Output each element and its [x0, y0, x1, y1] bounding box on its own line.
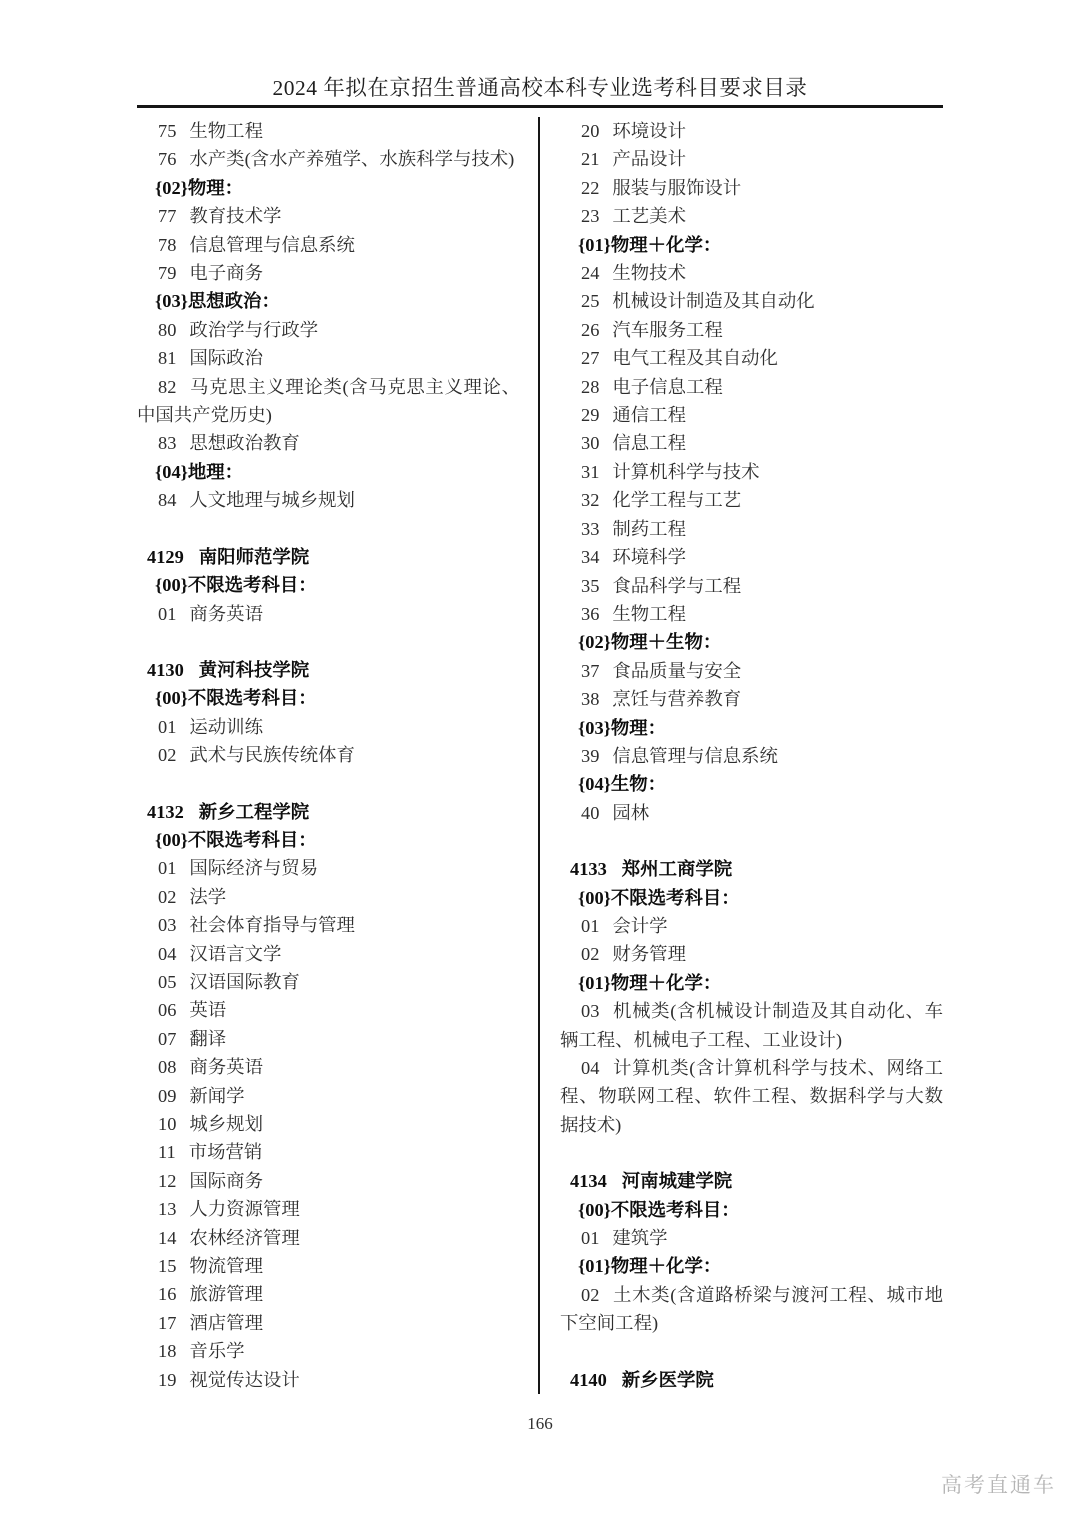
entry-number: 33 [581, 519, 599, 539]
watermark: 高考直通车 [941, 1469, 1056, 1499]
major-row: 77教育技术学 [137, 202, 520, 230]
major-row: 01商务英语 [137, 600, 520, 628]
entry-label: 服装与服饰设计 [612, 178, 741, 198]
university-row: 4134河南城建学院 [560, 1167, 943, 1195]
entry-label: 信息工程 [612, 433, 686, 453]
entry-label: 旅游管理 [189, 1284, 263, 1304]
major-row: 32化学工程与工艺 [560, 486, 943, 514]
entry-label: {03}思想政治： [155, 291, 280, 311]
entry-number: 31 [581, 462, 599, 482]
entry-number: 75 [158, 121, 176, 141]
major-row: 24生物技术 [560, 259, 943, 287]
entry-number: 26 [581, 320, 599, 340]
entry-label: 市场营销 [189, 1142, 263, 1162]
entry-label: 土木类(含道路桥梁与渡河工程、城市地下空间工程) [560, 1285, 943, 1333]
entry-number: 15 [158, 1256, 176, 1276]
major-row: 01国际经济与贸易 [137, 854, 520, 882]
entry-number: 02 [581, 944, 599, 964]
entry-label: 计算机类(含计算机科学与技术、网络工程、物联网工程、软件工程、数据科学与大数据技… [560, 1058, 943, 1135]
entry-number: 29 [581, 405, 599, 425]
university-row: 4132新乡工程学院 [137, 798, 520, 826]
entry-number: 84 [158, 490, 176, 510]
header-rule [137, 105, 943, 108]
entry-label: {01}物理＋化学： [578, 235, 721, 255]
major-row: 40园林 [560, 799, 943, 827]
entry-label: 物流管理 [189, 1256, 263, 1276]
university-row: 4130黄河科技学院 [137, 656, 520, 684]
entry-label: {04}生物： [578, 774, 666, 794]
entry-number: 77 [158, 206, 176, 226]
entry-number: 83 [158, 433, 176, 453]
entry-label: 武术与民族传统体育 [189, 745, 355, 765]
entry-label: {02}物理： [155, 178, 243, 198]
entry-number: 24 [581, 263, 599, 283]
major-row: 10城乡规划 [137, 1110, 520, 1138]
entry-label: {00}不限选考科目： [155, 688, 317, 708]
entry-number: 23 [581, 206, 599, 226]
entry-label: 河南城建学院 [622, 1171, 732, 1191]
entry-number: 35 [581, 576, 599, 596]
major-row: 76水产类(含水产养殖学、水族科学与技术) [137, 145, 520, 173]
entry-number: 22 [581, 178, 599, 198]
major-row: 81国际政治 [137, 344, 520, 372]
entry-label: {00}不限选考科目： [155, 575, 317, 595]
major-row: 11市场营销 [137, 1138, 520, 1166]
requirement-group-row: {00}不限选考科目： [137, 826, 520, 854]
entry-label: 建筑学 [612, 1228, 667, 1248]
document-page: 2024 年拟在京招生普通高校本科专业选考科目要求目录 75生物工程76水产类(… [0, 0, 1080, 1527]
entry-number: 4130 [147, 660, 184, 680]
entry-label: 会计学 [612, 916, 667, 936]
entry-number: 01 [158, 858, 176, 878]
entry-label: 新乡医学院 [622, 1370, 714, 1390]
university-row: 4140新乡医学院 [560, 1366, 943, 1394]
entry-number: 4133 [570, 859, 607, 879]
entry-number: 05 [158, 972, 176, 992]
major-row: 01会计学 [560, 912, 943, 940]
requirement-group-row: {03}思想政治： [137, 287, 520, 315]
major-row: 75生物工程 [137, 117, 520, 145]
requirement-group-row: {03}物理： [560, 714, 943, 742]
entry-number: 79 [158, 263, 176, 283]
entry-label: 食品科学与工程 [612, 576, 741, 596]
major-row: 22服装与服饰设计 [560, 174, 943, 202]
entry-number: 78 [158, 235, 176, 255]
major-row: 23工艺美术 [560, 202, 943, 230]
entry-number: 82 [158, 377, 176, 397]
entry-label: 农林经济管理 [189, 1228, 299, 1248]
entry-label: 信息管理与信息系统 [189, 235, 355, 255]
requirement-group-row: {01}物理＋化学： [560, 969, 943, 997]
major-row: 30信息工程 [560, 429, 943, 457]
entry-label: {00}不限选考科目： [155, 830, 317, 850]
entry-number: 08 [158, 1057, 176, 1077]
entry-label: 环境设计 [612, 121, 686, 141]
entry-label: 马克思主义理论类(含马克思主义理论、中国共产党历史) [137, 377, 520, 425]
major-row: 04计算机类(含计算机科学与技术、网络工程、物联网工程、软件工程、数据科学与大数… [560, 1054, 943, 1139]
entry-label: 黄河科技学院 [199, 660, 309, 680]
major-row: 27电气工程及其自动化 [560, 344, 943, 372]
major-row: 21产品设计 [560, 145, 943, 173]
entry-number: 01 [581, 1228, 599, 1248]
major-row: 34环境科学 [560, 543, 943, 571]
entry-number: 32 [581, 490, 599, 510]
entry-number: 37 [581, 661, 599, 681]
entry-number: 18 [158, 1341, 176, 1361]
major-row: 82马克思主义理论类(含马克思主义理论、中国共产党历史) [137, 373, 520, 430]
entry-label: 产品设计 [612, 149, 686, 169]
entry-label: 郑州工商学院 [622, 859, 732, 879]
major-row: 33制药工程 [560, 515, 943, 543]
major-row: 01运动训练 [137, 713, 520, 741]
entry-label: 生物技术 [612, 263, 686, 283]
entry-label: 生物工程 [612, 604, 686, 624]
entry-number: 01 [158, 604, 176, 624]
entry-label: 汉语国际教育 [189, 972, 299, 992]
entry-number: 76 [158, 149, 176, 169]
entry-number: 81 [158, 348, 176, 368]
entry-number: 39 [581, 746, 599, 766]
major-row: 02法学 [137, 883, 520, 911]
entry-label: 运动训练 [189, 717, 263, 737]
requirement-group-row: {02}物理： [137, 174, 520, 202]
content-columns: 75生物工程76水产类(含水产养殖学、水族科学与技术){02}物理：77教育技术… [137, 117, 943, 1394]
entry-number: 4140 [570, 1370, 607, 1390]
entry-label: 电子商务 [189, 263, 263, 283]
major-row: 80政治学与行政学 [137, 316, 520, 344]
entry-number: 17 [158, 1313, 176, 1333]
entry-label: 水产类(含水产养殖学、水族科学与技术) [189, 149, 514, 169]
entry-number: 06 [158, 1000, 176, 1020]
requirement-group-row: {00}不限选考科目： [137, 684, 520, 712]
entry-label: 化学工程与工艺 [612, 490, 741, 510]
major-row: 17酒店管理 [137, 1309, 520, 1337]
entry-label: 烹饪与营养教育 [612, 689, 741, 709]
entry-label: 音乐学 [189, 1341, 244, 1361]
major-row: 02土木类(含道路桥梁与渡河工程、城市地下空间工程) [560, 1281, 943, 1338]
entry-number: 4134 [570, 1171, 607, 1191]
major-row: 12国际商务 [137, 1167, 520, 1195]
entry-label: 工艺美术 [612, 206, 686, 226]
entry-label: 商务英语 [189, 604, 263, 624]
major-row: 02武术与民族传统体育 [137, 741, 520, 769]
entry-number: 02 [158, 745, 176, 765]
major-row: 36生物工程 [560, 600, 943, 628]
entry-label: {01}物理＋化学： [578, 973, 721, 993]
major-row: 02财务管理 [560, 940, 943, 968]
major-row: 03社会体育指导与管理 [137, 911, 520, 939]
entry-label: 商务英语 [189, 1057, 263, 1077]
entry-number: 40 [581, 803, 599, 823]
left-column: 75生物工程76水产类(含水产养殖学、水族科学与技术){02}物理：77教育技术… [137, 117, 520, 1394]
entry-label: 南阳师范学院 [199, 547, 309, 567]
requirement-group-row: {01}物理＋化学： [560, 231, 943, 259]
entry-number: 07 [158, 1029, 176, 1049]
page-number: 166 [0, 1414, 1080, 1434]
major-row: 04汉语言文学 [137, 940, 520, 968]
entry-label: 园林 [612, 803, 649, 823]
entry-label: 环境科学 [612, 547, 686, 567]
major-row: 28电子信息工程 [560, 373, 943, 401]
major-row: 01建筑学 [560, 1224, 943, 1252]
requirement-group-row: {02}物理＋生物： [560, 628, 943, 656]
university-row: 4133郑州工商学院 [560, 855, 943, 883]
major-row: 84人文地理与城乡规划 [137, 486, 520, 514]
entry-label: {03}物理： [578, 718, 666, 738]
entry-label: {01}物理＋化学： [578, 1256, 721, 1276]
entry-label: 人文地理与城乡规划 [189, 490, 355, 510]
entry-label: 新闻学 [189, 1086, 244, 1106]
major-row: 03机械类(含机械设计制造及其自动化、车辆工程、机械电子工程、工业设计) [560, 997, 943, 1054]
entry-label: 信息管理与信息系统 [612, 746, 778, 766]
entry-label: {00}不限选考科目： [578, 1200, 740, 1220]
major-row: 15物流管理 [137, 1252, 520, 1280]
major-row: 14农林经济管理 [137, 1224, 520, 1252]
entry-label: 电子信息工程 [612, 377, 722, 397]
entry-number: 16 [158, 1284, 176, 1304]
entry-label: 财务管理 [612, 944, 686, 964]
entry-number: 02 [158, 887, 176, 907]
entry-label: 翻译 [189, 1029, 226, 1049]
entry-label: 国际商务 [189, 1171, 263, 1191]
major-row: 29通信工程 [560, 401, 943, 429]
entry-label: 法学 [189, 887, 226, 907]
entry-number: 21 [581, 149, 599, 169]
entry-number: 13 [158, 1199, 176, 1219]
entry-number: 11 [158, 1142, 176, 1162]
entry-label: {04}地理： [155, 462, 243, 482]
entry-label: 城乡规划 [189, 1114, 263, 1134]
entry-label: 生物工程 [189, 121, 263, 141]
right-column: 20环境设计21产品设计22服装与服饰设计23工艺美术{01}物理＋化学：24生… [560, 117, 943, 1394]
major-row: 79电子商务 [137, 259, 520, 287]
requirement-group-row: {00}不限选考科目： [560, 1196, 943, 1224]
major-row: 09新闻学 [137, 1082, 520, 1110]
major-row: 39信息管理与信息系统 [560, 742, 943, 770]
major-row: 05汉语国际教育 [137, 968, 520, 996]
entry-label: 英语 [189, 1000, 226, 1020]
entry-label: 计算机科学与技术 [612, 462, 759, 482]
major-row: 20环境设计 [560, 117, 943, 145]
entry-number: 4129 [147, 547, 184, 567]
entry-number: 20 [581, 121, 599, 141]
column-gap-right [540, 117, 560, 1394]
entry-label: 国际政治 [189, 348, 263, 368]
entry-label: 食品质量与安全 [612, 661, 741, 681]
entry-label: 人力资源管理 [189, 1199, 299, 1219]
entry-number: 27 [581, 348, 599, 368]
requirement-group-row: {04}生物： [560, 770, 943, 798]
entry-label: 汉语言文学 [189, 944, 281, 964]
major-row: 38烹饪与营养教育 [560, 685, 943, 713]
entry-number: 36 [581, 604, 599, 624]
page-title: 2024 年拟在京招生普通高校本科专业选考科目要求目录 [0, 71, 1080, 102]
entry-label: 机械类(含机械设计制造及其自动化、车辆工程、机械电子工程、工业设计) [560, 1001, 943, 1049]
entry-number: 03 [158, 915, 176, 935]
entry-label: 电气工程及其自动化 [612, 348, 778, 368]
entry-number: 04 [581, 1058, 599, 1078]
major-row: 83思想政治教育 [137, 429, 520, 457]
entry-number: 28 [581, 377, 599, 397]
entry-number: 34 [581, 547, 599, 567]
entry-number: 19 [158, 1370, 176, 1390]
entry-number: 03 [581, 1001, 599, 1021]
entry-label: 社会体育指导与管理 [189, 915, 355, 935]
major-row: 78信息管理与信息系统 [137, 231, 520, 259]
entry-label: 汽车服务工程 [612, 320, 722, 340]
entry-label: 通信工程 [612, 405, 686, 425]
entry-number: 14 [158, 1228, 176, 1248]
entry-number: 12 [158, 1171, 176, 1191]
entry-number: 04 [158, 944, 176, 964]
requirement-group-row: {01}物理＋化学： [560, 1252, 943, 1280]
entry-number: 01 [158, 717, 176, 737]
entry-label: 新乡工程学院 [199, 802, 309, 822]
major-row: 13人力资源管理 [137, 1195, 520, 1223]
major-row: 16旅游管理 [137, 1280, 520, 1308]
major-row: 06英语 [137, 996, 520, 1024]
major-row: 18音乐学 [137, 1337, 520, 1365]
major-row: 31计算机科学与技术 [560, 458, 943, 486]
entry-label: 政治学与行政学 [189, 320, 318, 340]
university-row: 4129南阳师范学院 [137, 543, 520, 571]
entry-label: {02}物理＋生物： [578, 632, 721, 652]
major-row: 07翻译 [137, 1025, 520, 1053]
entry-number: 30 [581, 433, 599, 453]
entry-label: 国际经济与贸易 [189, 858, 318, 878]
entry-number: 09 [158, 1086, 176, 1106]
entry-number: 25 [581, 291, 599, 311]
major-row: 25机械设计制造及其自动化 [560, 287, 943, 315]
major-row: 26汽车服务工程 [560, 316, 943, 344]
requirement-group-row: {00}不限选考科目： [560, 884, 943, 912]
entry-number: 01 [581, 916, 599, 936]
entry-number: 4132 [147, 802, 184, 822]
requirement-group-row: {04}地理： [137, 458, 520, 486]
entry-label: 教育技术学 [189, 206, 281, 226]
entry-label: 机械设计制造及其自动化 [612, 291, 814, 311]
entry-label: {00}不限选考科目： [578, 888, 740, 908]
entry-label: 视觉传达设计 [189, 1370, 299, 1390]
major-row: 08商务英语 [137, 1053, 520, 1081]
entry-number: 02 [581, 1285, 599, 1305]
entry-number: 80 [158, 320, 176, 340]
major-row: 37食品质量与安全 [560, 657, 943, 685]
entry-label: 酒店管理 [189, 1313, 263, 1333]
entry-label: 制药工程 [612, 519, 686, 539]
entry-label: 思想政治教育 [189, 433, 299, 453]
entry-number: 38 [581, 689, 599, 709]
requirement-group-row: {00}不限选考科目： [137, 571, 520, 599]
major-row: 35食品科学与工程 [560, 572, 943, 600]
column-gap-left [520, 117, 538, 1394]
major-row: 19视觉传达设计 [137, 1366, 520, 1394]
entry-number: 10 [158, 1114, 176, 1134]
